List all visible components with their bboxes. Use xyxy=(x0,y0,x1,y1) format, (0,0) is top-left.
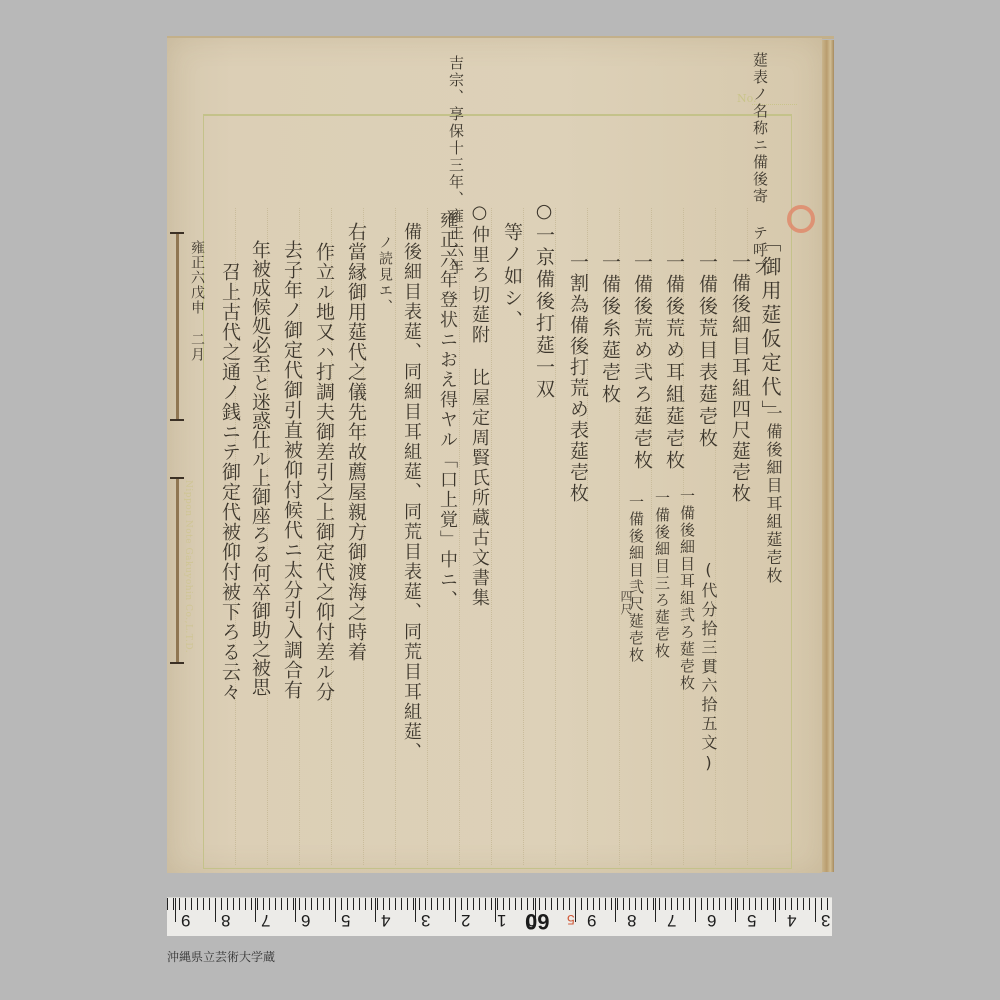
binding-thread-lower xyxy=(176,478,179,663)
page-stack-edge xyxy=(822,40,834,872)
body-column: 作立ル地又ハ打調夫御差引之上御定代之仰付差ル分 xyxy=(314,242,333,702)
red-seal-circle xyxy=(787,205,815,233)
measurement-ruler: 9 8 7 6 5 4 3 2 1 0 60 5 9 8 7 6 5 4 3 xyxy=(167,897,832,936)
ruler-red-mark: 5 xyxy=(567,912,575,928)
terms-column: 備後細目表莚、同細目耳組莚、同荒目表莚、同荒目耳組莚、 xyxy=(402,222,420,762)
ruled-line xyxy=(459,208,460,865)
source-column: 雍正六年登状ニおえ得ヤル「口上覚」中ニ、 xyxy=(438,210,456,610)
size-note: 四尺 xyxy=(620,590,632,616)
ruler-number: 7 xyxy=(261,910,270,930)
item-column: 一備後細目耳組弐ろ莚壱枚 xyxy=(679,488,694,692)
yomi-note: ノ読見エ、 xyxy=(378,235,392,315)
ruled-line xyxy=(491,208,492,865)
ruler-number: 4 xyxy=(787,910,796,930)
item-column: 一備後荒目表莚壱枚 xyxy=(697,252,716,450)
ruler-number: 1 xyxy=(497,910,506,930)
ruler-number: 3 xyxy=(821,910,830,930)
nado-column: 等ノ如シ、 xyxy=(502,222,521,332)
header-note: 莚表ノ名称ニ備後寄 テ呼ブ xyxy=(752,52,767,227)
ruler-number: 3 xyxy=(421,910,430,930)
ruler-number: 2 xyxy=(461,910,470,930)
price-annotation: (代分拾三貫六拾五文) xyxy=(700,560,716,775)
item-column: 一備後細目弐尺莚壱枚 xyxy=(628,494,643,664)
ruler-number: 4 xyxy=(381,910,390,930)
ruler-ticks xyxy=(167,898,832,910)
ruler-number: 9 xyxy=(587,910,596,930)
item-column: 一備後細目耳組四尺莚壱枚 xyxy=(730,252,749,504)
binding-knot xyxy=(170,477,184,479)
item-column: 一備後荒め弐ろ莚壱枚 xyxy=(632,252,651,472)
ruler-number: 6 xyxy=(301,910,310,930)
item-column: ○一京備後打莚一双 xyxy=(534,200,553,401)
ruler-number: 9 xyxy=(181,910,190,930)
maker-imprint: Nippon Note Gakuyohin Co.,L.T.D. xyxy=(183,480,193,653)
item-column: 一備後糸莚壱枚 xyxy=(600,252,619,406)
ruler-number: 5 xyxy=(747,910,756,930)
body-column: 去子年ノ御定代御引直被仰付候代ニ太分引入調合有 xyxy=(282,240,301,700)
binding-thread-upper xyxy=(176,233,179,420)
source-column: ○仲里ろ切莚附 比屋定周賢氏所蔵古文書集 xyxy=(470,202,488,608)
body-column: 年被成候処必至と迷惑仕ル上御座ろる何卒御助之被思 xyxy=(250,240,269,696)
body-column: 右當縁御用莚代之儀先年故薦屋親方御渡海之時着 xyxy=(346,222,365,662)
item-column: 一割為備後打荒め表莚壱枚 xyxy=(568,252,587,504)
ruled-line xyxy=(523,208,524,865)
ruled-line xyxy=(427,208,428,865)
binding-knot xyxy=(170,662,184,664)
ruler-number: 7 xyxy=(667,910,676,930)
ruler-number-highlight: 60 xyxy=(525,908,549,934)
ruler-number: 8 xyxy=(221,910,230,930)
date-column: 雍正六戊申 二月 xyxy=(190,240,204,362)
ruler-number: 6 xyxy=(707,910,716,930)
ruler-number: 8 xyxy=(627,910,636,930)
title-column: 「御用莚仮定代」 xyxy=(760,232,780,424)
item-column: 一備後細目耳組莚壱枚 xyxy=(765,405,781,585)
item-column: 一備後荒め耳組莚壱枚 xyxy=(664,252,683,472)
ruled-line xyxy=(395,208,396,865)
binding-knot xyxy=(170,419,184,421)
ruler-number: 5 xyxy=(341,910,350,930)
ruled-line xyxy=(555,208,556,865)
collection-credit: 沖縄県立芸術大学蔵 xyxy=(167,948,275,965)
body-column: 召上古代之通ノ銭ニテ御定代被仰付被下ろる云々 xyxy=(220,262,239,702)
binding-knot xyxy=(170,232,184,234)
item-column: 一備後細目三ろ莚壱枚 xyxy=(654,490,669,660)
